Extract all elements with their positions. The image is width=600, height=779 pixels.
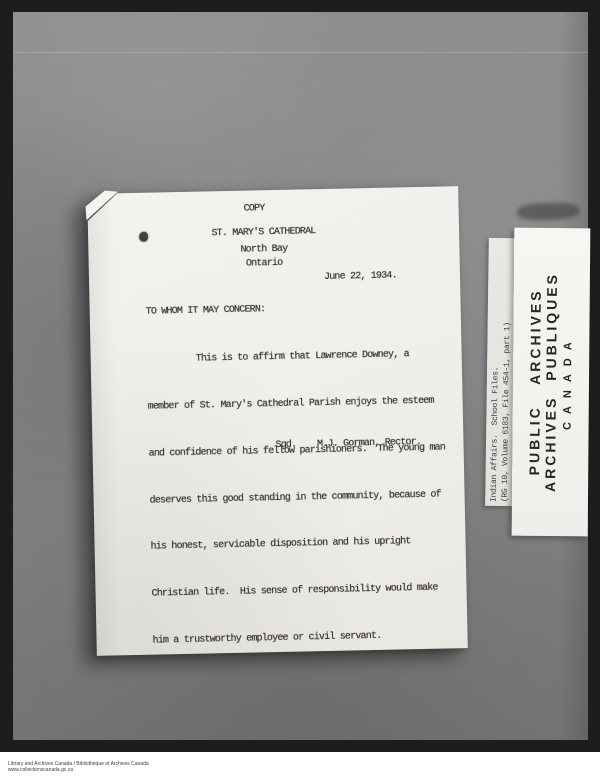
archives-stamp-text: PUBLIC ARCHIVES ARCHIVES PUBLIQUES CANAD… bbox=[512, 228, 591, 537]
file-reference-text: Indian Affairs. School Files. (RG 10, Vo… bbox=[485, 238, 516, 506]
photo-frame: COPY ST. MARY'S CATHEDRAL North Bay Onta… bbox=[0, 0, 600, 752]
stamp-line-english: PUBLIC ARCHIVES bbox=[526, 288, 544, 475]
letter-body-line: Christian life. His sense of responsibil… bbox=[151, 580, 461, 602]
letter-body-line: deserves this good standing in the commu… bbox=[149, 487, 459, 509]
file-reference-strip: Indian Affairs. School Files. (RG 10, Vo… bbox=[485, 238, 516, 506]
letter-body-line: member of St. Mary's Cathedral Parish en… bbox=[148, 393, 458, 415]
letter-paper: COPY ST. MARY'S CATHEDRAL North Bay Onta… bbox=[87, 186, 468, 656]
letter-body-line: This is to affirm that Lawrence Downey, … bbox=[147, 346, 457, 368]
scratch-line bbox=[13, 52, 588, 53]
archives-stamp-label: PUBLIC ARCHIVES ARCHIVES PUBLIQUES CANAD… bbox=[512, 228, 591, 537]
photo-background: COPY ST. MARY'S CATHEDRAL North Bay Onta… bbox=[13, 12, 588, 740]
letter-body: This is to affirm that Lawrence Downey, … bbox=[146, 315, 463, 680]
copy-label: COPY bbox=[68, 200, 439, 219]
letter-body-line: him a trustworthy employee or civil serv… bbox=[152, 627, 462, 649]
archival-photo-page: COPY ST. MARY'S CATHEDRAL North Bay Onta… bbox=[0, 0, 600, 779]
ink-smudge bbox=[517, 202, 580, 221]
letter-body-line: his honest, servicable disposition and h… bbox=[150, 534, 460, 556]
letter-salutation: TO WHOM IT MAY CONCERN: bbox=[146, 304, 266, 318]
stamp-line-canada: CANADA bbox=[562, 334, 576, 430]
lac-footer: Library and Archives Canada / Bibliothèq… bbox=[0, 752, 600, 779]
stamp-line-french: ARCHIVES PUBLIQUES bbox=[542, 272, 560, 492]
letterhead-line-1: ST. MARY'S CATHEDRAL bbox=[78, 223, 449, 242]
letter-document: COPY ST. MARY'S CATHEDRAL North Bay Onta… bbox=[87, 186, 468, 656]
lac-url: www.collectionscanada.gc.ca bbox=[8, 767, 149, 773]
letter-date: June 22, 1934. bbox=[324, 270, 397, 283]
